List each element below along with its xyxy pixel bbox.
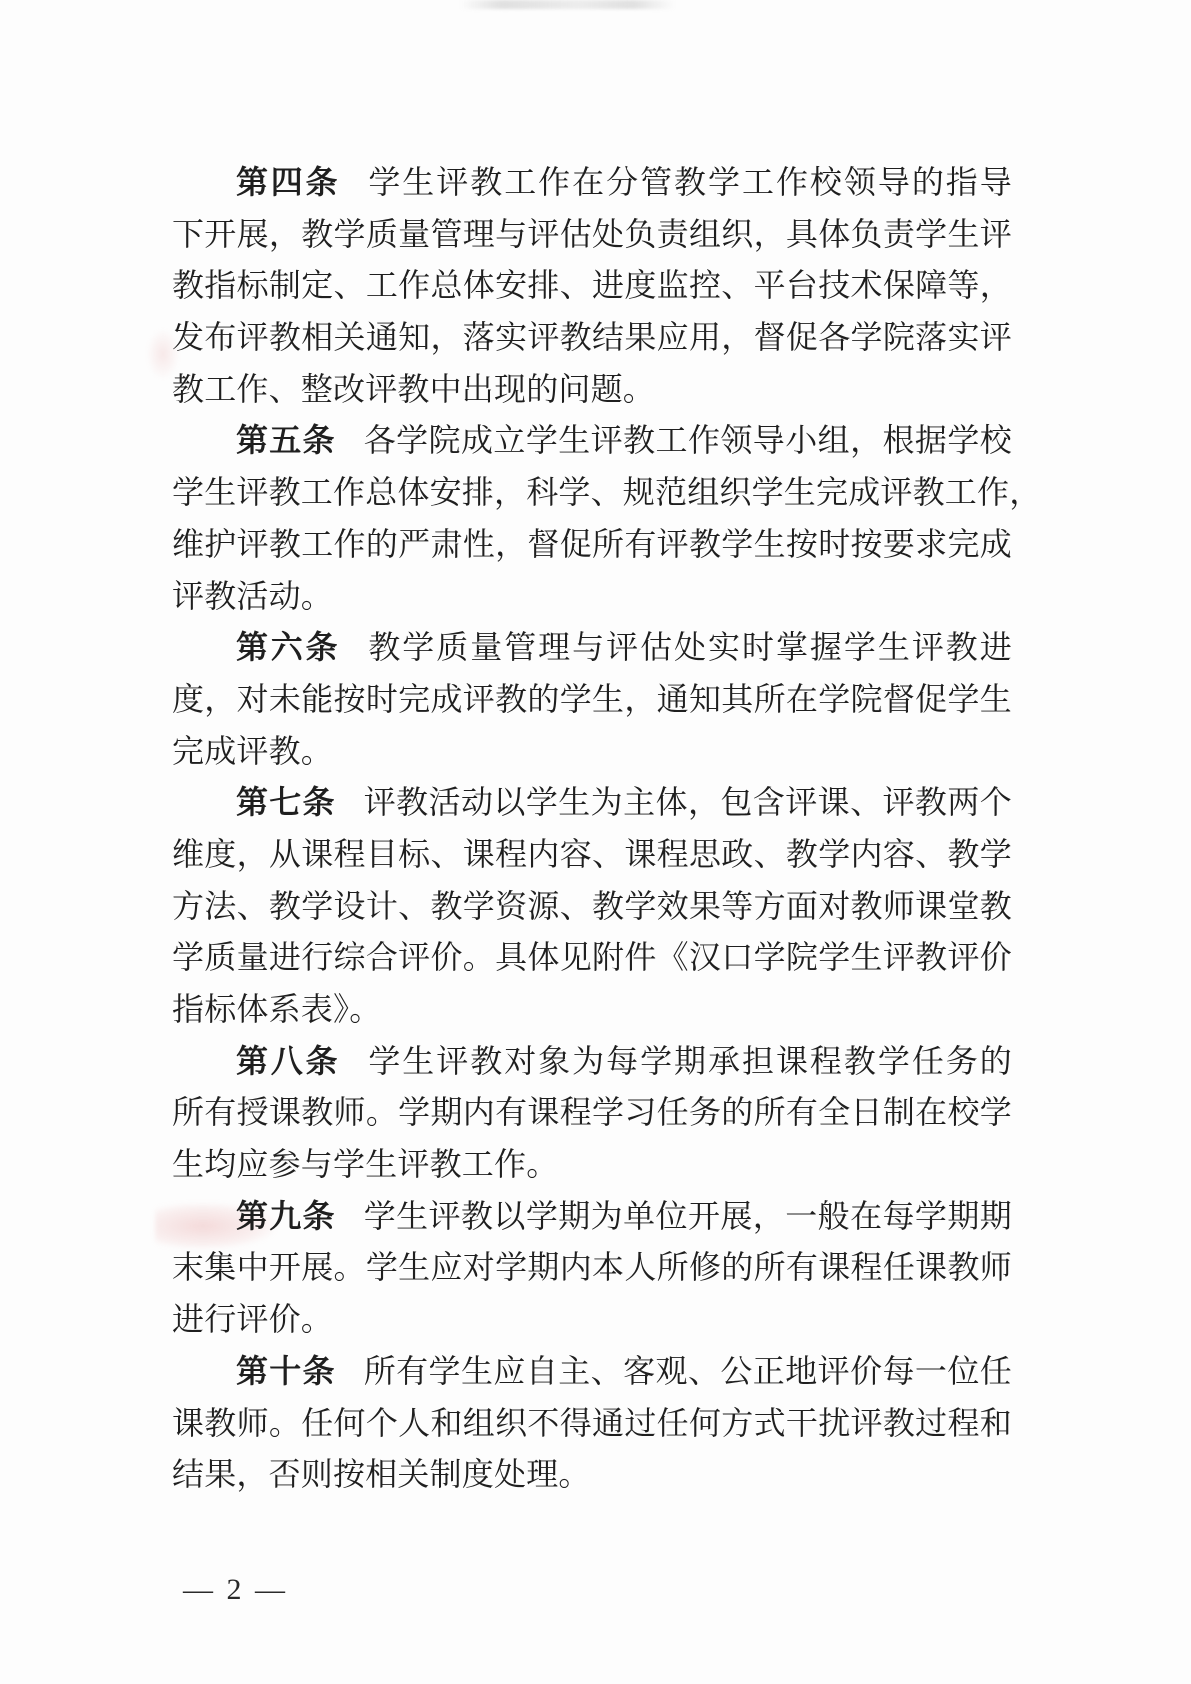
line-text: 学生评教工作在分管教学工作校领导的指导 [368, 164, 1012, 200]
article-number: 第九条 [236, 1198, 336, 1234]
document-line: 进行评价。 [172, 1294, 1012, 1346]
line-text: 教学质量管理与评估处实时掌握学生评教进 [368, 629, 1012, 665]
document-line: 学质量进行综合评价。具体见附件《汉口学院学生评教评价 [172, 932, 1012, 984]
document-line: 指标体系表》。 [172, 984, 1012, 1036]
document-line: 课教师。任何个人和组织不得通过任何方式干扰评教过程和 [172, 1398, 1012, 1450]
line-text: 所有授课教师。学期内有课程学习任务的所有全日制在校学 [172, 1094, 1012, 1130]
document-line: 末集中开展。学生应对学期内本人所修的所有课程任课教师 [172, 1242, 1012, 1294]
line-text: 评教活动。 [172, 578, 333, 614]
document-line: 教工作、整改评教中出现的问题。 [172, 364, 1012, 416]
document-line: 第十条所有学生应自主、客观、公正地评价每一位任 [172, 1346, 1012, 1398]
document-line: 第七条评教活动以学生为主体，包含评课、评教两个 [172, 777, 1012, 829]
line-text: 学生评教以学期为单位开展，一般在每学期期 [364, 1198, 1012, 1234]
document-line: 维护评教工作的严肃性，督促所有评教学生按时按要求完成 [172, 519, 1012, 571]
line-text: 维度，从课程目标、课程内容、课程思政、教学内容、教学 [172, 836, 1012, 872]
line-text: 所有学生应自主、客观、公正地评价每一位任 [364, 1353, 1012, 1389]
line-text: 度，对未能按时完成评教的学生，通知其所在学院督促学生 [172, 681, 1012, 717]
document-line: 完成评教。 [172, 726, 1012, 778]
document-line: 第六条教学质量管理与评估处实时掌握学生评教进 [172, 622, 1012, 674]
document-line: 结果，否则按相关制度处理。 [172, 1449, 1012, 1501]
document-line: 维度，从课程目标、课程内容、课程思政、教学内容、教学 [172, 829, 1012, 881]
line-text: 学质量进行综合评价。具体见附件《汉口学院学生评教评价 [172, 939, 1012, 975]
scan-smudge-top [460, 0, 675, 9]
line-text: 下开展，教学质量管理与评估处负责组织，具体负责学生评 [172, 216, 1012, 252]
article-number: 第六条 [236, 629, 340, 665]
article-number: 第十条 [236, 1353, 336, 1389]
line-text: 完成评教。 [172, 733, 333, 769]
article-number: 第四条 [236, 164, 340, 200]
line-text: 维护评教工作的严肃性，督促所有评教学生按时按要求完成 [172, 526, 1012, 562]
document-line: 所有授课教师。学期内有课程学习任务的所有全日制在校学 [172, 1087, 1012, 1139]
article-number: 第五条 [236, 422, 336, 458]
line-text: 评教活动以学生为主体，包含评课、评教两个 [364, 784, 1012, 820]
article-number: 第七条 [236, 784, 336, 820]
document-line: 学生评教工作总体安排，科学、规范组织学生完成评教工作， [172, 467, 1012, 519]
document-line: 第九条学生评教以学期为单位开展，一般在每学期期 [172, 1191, 1012, 1243]
document-line: 发布评教相关通知，落实评教结果应用，督促各学院落实评 [172, 312, 1012, 364]
document-line: 方法、教学设计、教学资源、教学效果等方面对教师课堂教 [172, 881, 1012, 933]
line-text: 末集中开展。学生应对学期内本人所修的所有课程任课教师 [172, 1249, 1012, 1285]
document-line: 教指标制定、工作总体安排、进度监控、平台技术保障等， [172, 260, 1012, 312]
document-line: 下开展，教学质量管理与评估处负责组织，具体负责学生评 [172, 209, 1012, 261]
document-line: 生均应参与学生评教工作。 [172, 1139, 1012, 1191]
document-line: 第八条学生评教对象为每学期承担课程教学任务的 [172, 1036, 1012, 1088]
document-text-block: 第四条学生评教工作在分管教学工作校领导的指导 下开展，教学质量管理与评估处负责组… [172, 157, 1012, 1501]
line-text: 结果，否则按相关制度处理。 [172, 1456, 591, 1492]
line-text: 教指标制定、工作总体安排、进度监控、平台技术保障等， [172, 267, 1012, 303]
document-page: 第四条学生评教工作在分管教学工作校领导的指导 下开展，教学质量管理与评估处负责组… [0, 0, 1191, 1684]
line-text: 各学院成立学生评教工作领导小组，根据学校 [364, 422, 1012, 458]
page-number: — 2 — [183, 1574, 285, 1606]
line-text: 发布评教相关通知，落实评教结果应用，督促各学院落实评 [172, 319, 1012, 355]
line-text: 学生评教工作总体安排，科学、规范组织学生完成评教工作， [172, 474, 1041, 510]
line-text: 指标体系表》。 [172, 991, 381, 1027]
document-line: 第四条学生评教工作在分管教学工作校领导的指导 [172, 157, 1012, 209]
line-text: 生均应参与学生评教工作。 [172, 1146, 558, 1182]
document-line: 度，对未能按时完成评教的学生，通知其所在学院督促学生 [172, 674, 1012, 726]
document-line: 评教活动。 [172, 571, 1012, 623]
line-text: 学生评教对象为每学期承担课程教学任务的 [368, 1043, 1012, 1079]
article-number: 第八条 [236, 1043, 340, 1079]
document-line: 第五条各学院成立学生评教工作领导小组，根据学校 [172, 415, 1012, 467]
line-text: 进行评价。 [172, 1301, 333, 1337]
line-text: 教工作、整改评教中出现的问题。 [172, 371, 655, 407]
line-text: 方法、教学设计、教学资源、教学效果等方面对教师课堂教 [172, 888, 1012, 924]
line-text: 课教师。任何个人和组织不得通过任何方式干扰评教过程和 [172, 1405, 1012, 1441]
